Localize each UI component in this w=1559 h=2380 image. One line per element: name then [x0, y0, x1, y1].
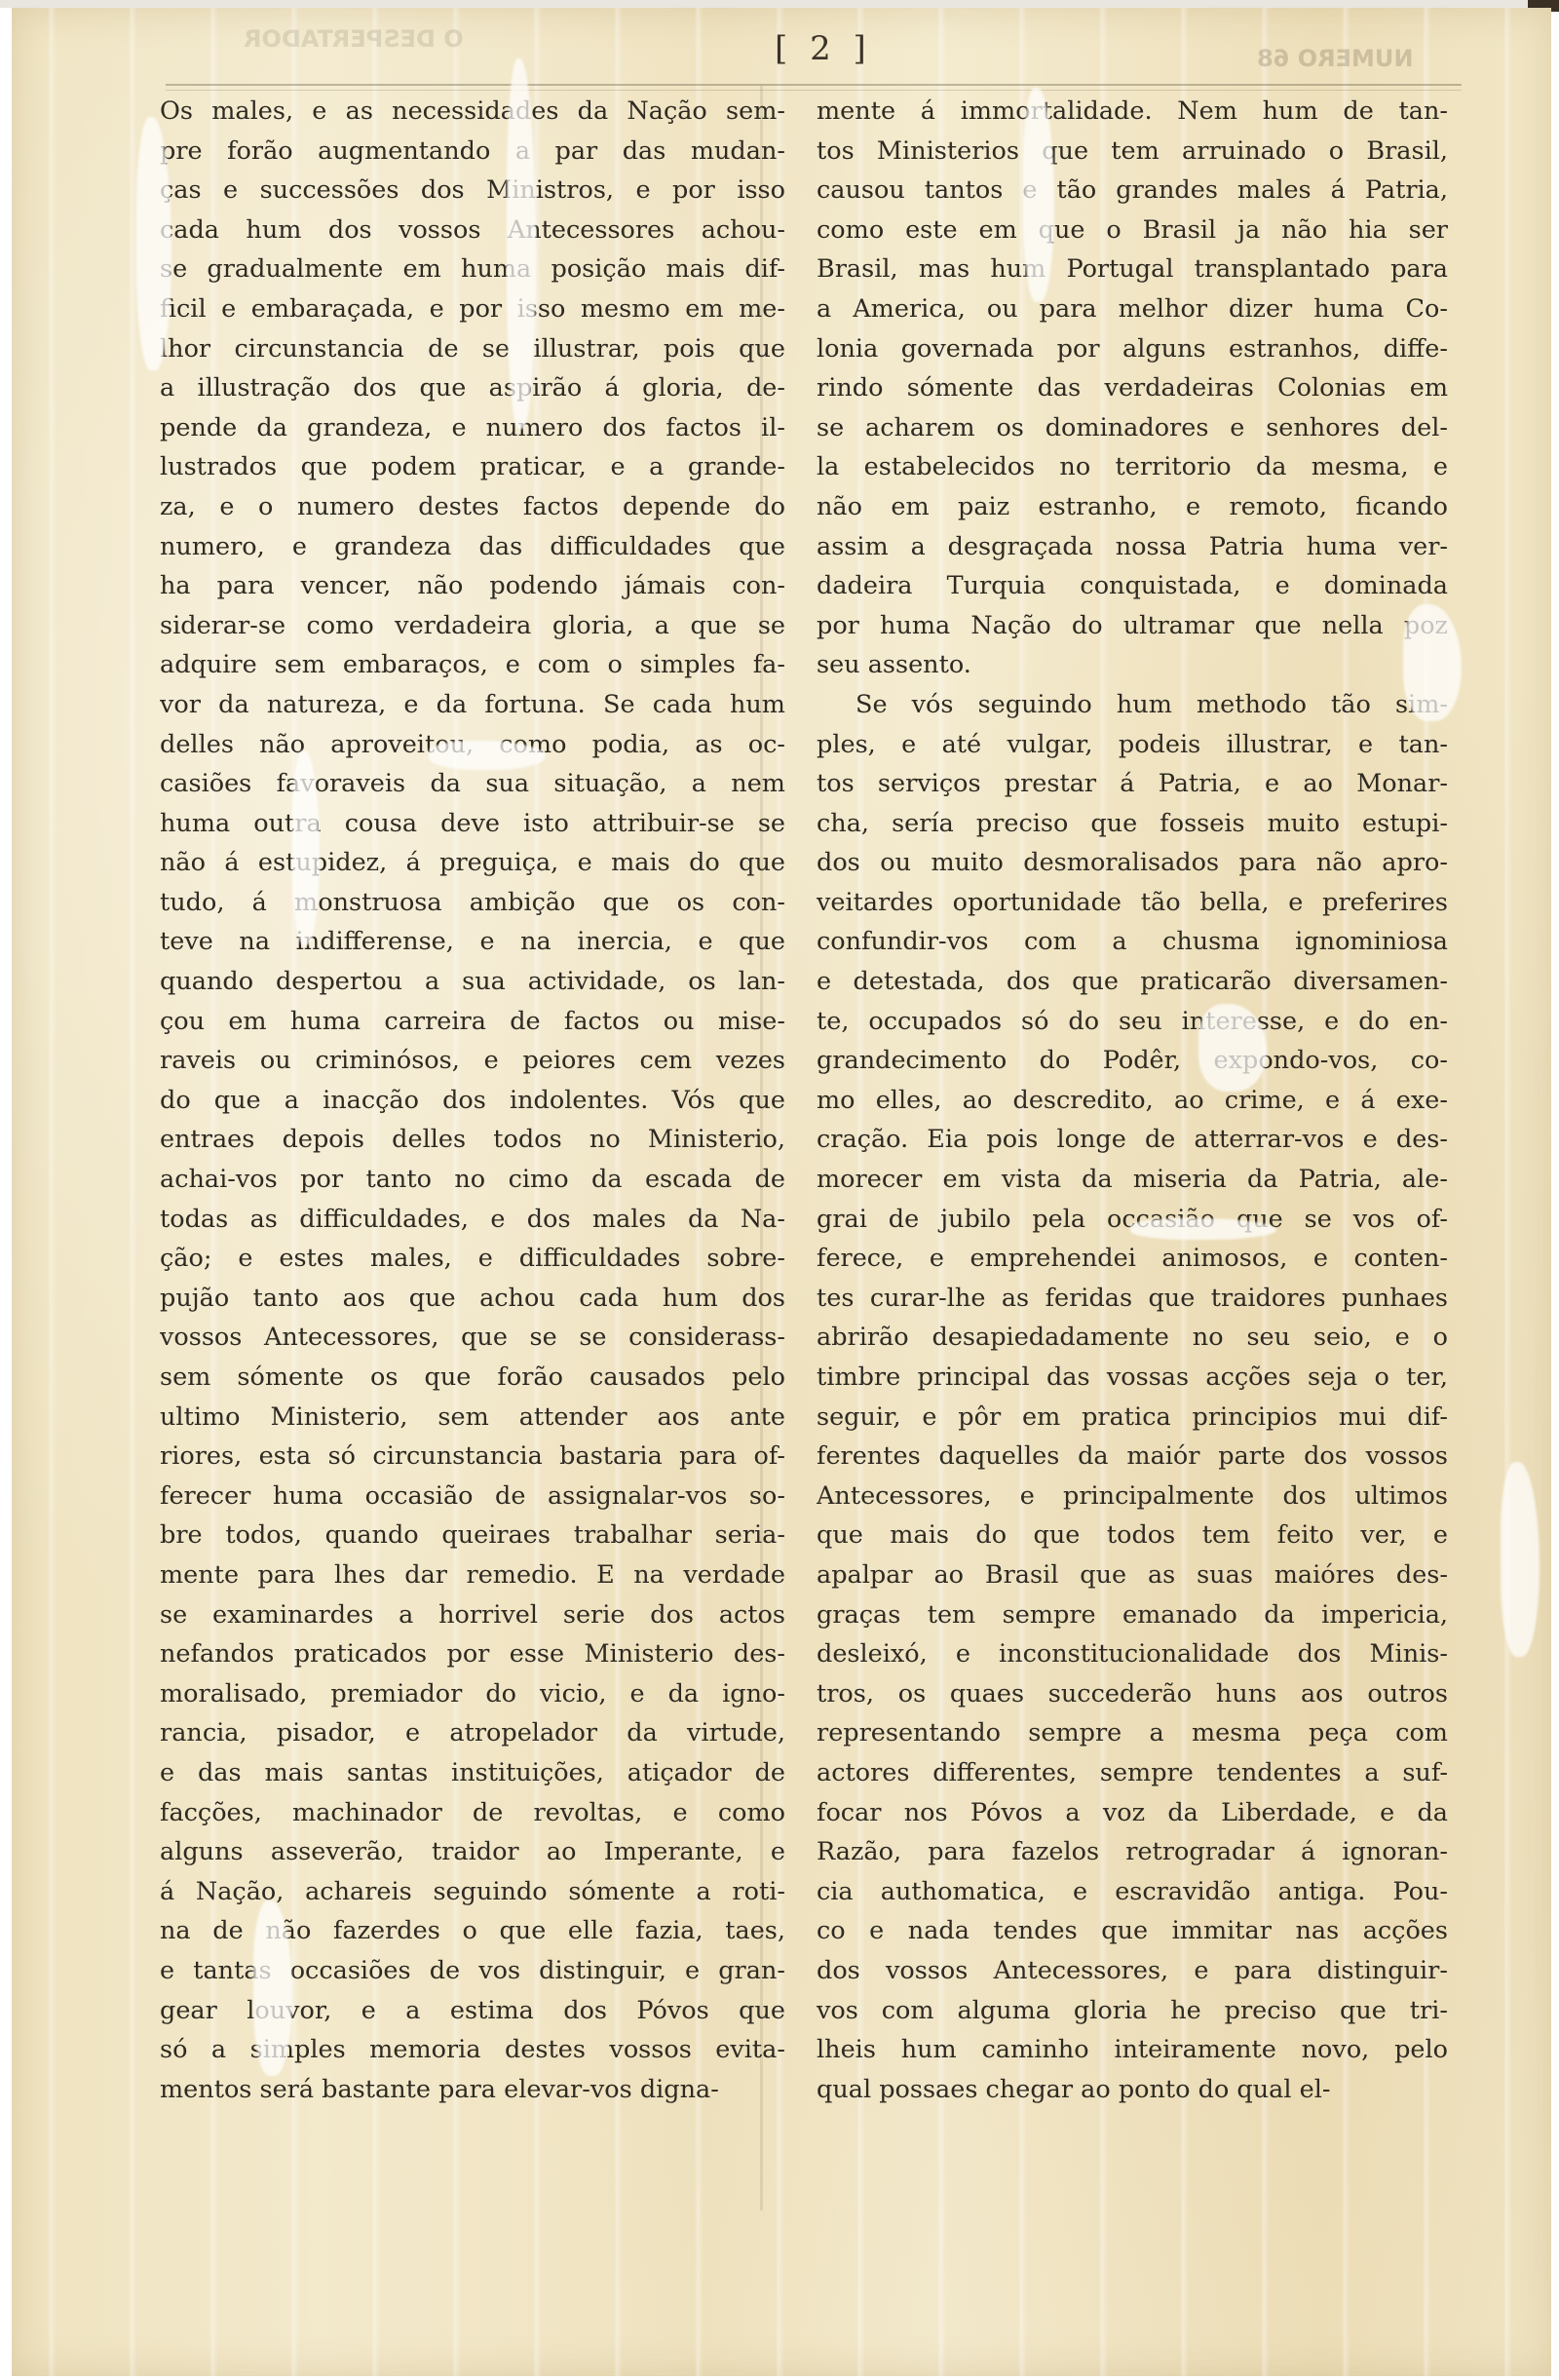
text-line: casiões favoraveis da sua situação, a ne…: [160, 764, 785, 804]
text-line: pende da grandeza, e numero dos factos i…: [160, 408, 785, 448]
text-line: tudo, á monstruosa ambição que os con-: [160, 883, 785, 923]
text-line: causou tantos e tão grandes males á Patr…: [817, 171, 1448, 211]
text-line: pre forão augmentando a par das mudan-: [160, 132, 785, 172]
header-rule: [166, 84, 1462, 86]
text-line: todas as difficuldades, e dos males da N…: [160, 1200, 785, 1240]
text-line: rindo sómente das verdadeiras Colonias e…: [817, 368, 1448, 408]
text-line: ferecer huma occasião de assignalar-vos …: [160, 1477, 785, 1516]
show-through-title: O DESPERTADOR: [244, 25, 464, 53]
text-line: Se vós seguindo hum methodo tão sim-: [817, 685, 1448, 725]
text-line: cração. Eia pois longe de atterrar-vos e…: [817, 1120, 1448, 1160]
text-line: ferentes daquelles da maiór parte dos vo…: [817, 1437, 1448, 1477]
text-line: desleixó, e inconstitucionalidade dos Mi…: [817, 1634, 1448, 1674]
header-rule-thin: [166, 90, 1462, 91]
text-line: pujão tanto aos que achou cada hum dos: [160, 1279, 785, 1319]
text-line: lhor circunstancia de se illustrar, pois…: [160, 329, 785, 369]
text-line: cada hum dos vossos Antecessores achou-: [160, 211, 785, 250]
text-line: actores differentes, sempre tendentes a …: [817, 1753, 1448, 1793]
text-line: ha para vencer, não podendo jámais con-: [160, 566, 785, 606]
text-line: lustrados que podem praticar, e a grande…: [160, 447, 785, 487]
text-line: á Nação, achareis seguindo sómente a rot…: [160, 1872, 785, 1912]
text-line: Razão, para fazelos retrogradar á ignora…: [817, 1832, 1448, 1872]
text-line: a illustração dos que aspirão á gloria, …: [160, 368, 785, 408]
text-line: teve na indifferense, e na inercia, e qu…: [160, 922, 785, 962]
text-line: e das mais santas instituições, atiçador…: [160, 1753, 785, 1793]
text-column-right: mente á immortalidade. Nem hum de tan-to…: [817, 92, 1448, 2109]
page-number: [ 2 ]: [775, 29, 872, 68]
text-line: graças tem sempre emanado da impericia,: [817, 1595, 1448, 1635]
text-line: veitardes oportunidade tão bella, e pref…: [817, 883, 1448, 923]
text-line: mente para lhes dar remedio. E na verdad…: [160, 1555, 785, 1595]
text-line: tes curar-lhe as feridas que traidores p…: [817, 1279, 1448, 1319]
text-line: huma outra cousa deve isto attribuir-se …: [160, 804, 785, 844]
scan-top-edge: [0, 0, 1559, 8]
text-line: apalpar ao Brasil que as suas maióres de…: [817, 1555, 1448, 1595]
text-line: dadeira Turquia conquistada, e dominada: [817, 566, 1448, 606]
text-line: se gradualmente em huma posição mais dif…: [160, 250, 785, 289]
text-line: se acharem os dominadores e senhores del…: [817, 408, 1448, 448]
text-line: cia authomatica, e escravidão antiga. Po…: [817, 1872, 1448, 1912]
text-line: siderar-se como verdadeira gloria, a que…: [160, 606, 785, 646]
text-line: vor da natureza, e da fortuna. Se cada h…: [160, 685, 785, 725]
text-line: lonia governada por alguns estranhos, di…: [817, 329, 1448, 369]
paper-damage: [429, 741, 546, 770]
text-line: tros, os quaes succederão huns aos outro…: [817, 1674, 1448, 1714]
text-line: vossos Antecessores, que se se considera…: [160, 1318, 785, 1358]
text-line: alguns asseverão, traidor ao Imperante, …: [160, 1832, 785, 1872]
text-line: confundir-vos com a chusma ignominiosa: [817, 922, 1448, 962]
text-line: mo elles, ao descredito, ao crime, e á e…: [817, 1081, 1448, 1121]
text-line: dos vossos Antecessores, e para distingu…: [817, 1951, 1448, 1991]
text-line: sem sómente os que forão causados pelo: [160, 1358, 785, 1398]
text-line: do que a inacção dos indolentes. Vós que: [160, 1081, 785, 1121]
text-column-left: Os males, e as necessidades da Nação sem…: [160, 92, 785, 2109]
text-line: timbre principal das vossas acções seja …: [817, 1358, 1448, 1398]
text-line: la estabelecidos no territorio da mesma,…: [817, 447, 1448, 487]
text-line: mentos será bastante para elevar-vos dig…: [160, 2070, 785, 2110]
text-line: bre todos, quando queiraes trabalhar ser…: [160, 1516, 785, 1555]
text-line: co e nada tendes que immitar nas acções: [817, 1911, 1448, 1951]
text-line: abrirão desapiedadamente no seu seio, e …: [817, 1318, 1448, 1358]
text-line: achai-vos por tanto no cimo da escada de: [160, 1160, 785, 1200]
text-line: só a simples memoria destes vossos evita…: [160, 2030, 785, 2070]
text-line: ples, e até vulgar, podeis illustrar, e …: [817, 725, 1448, 765]
text-line: lheis hum caminho inteiramente novo, pel…: [817, 2030, 1448, 2070]
text-line: Os males, e as necessidades da Nação sem…: [160, 92, 785, 132]
text-line: moralisado, premiador do vicio, e da ign…: [160, 1674, 785, 1714]
text-line: tos Ministerios que tem arruinado o Bras…: [817, 132, 1448, 172]
text-line: ças e successões dos Ministros, e por is…: [160, 171, 785, 211]
text-line: por huma Nação do ultramar que nella poz: [817, 606, 1448, 646]
text-line: ferece, e emprehendei animosos, e conten…: [817, 1239, 1448, 1279]
text-line: numero, e grandeza das difficuldades que: [160, 527, 785, 567]
text-line: morecer em vista da miseria da Patria, a…: [817, 1160, 1448, 1200]
text-line: çou em huma carreira de factos ou mise-: [160, 1002, 785, 1042]
text-line: como este em que o Brasil ja não hia ser: [817, 211, 1448, 250]
text-line: não em paiz estranho, e remoto, ficando: [817, 487, 1448, 527]
text-line: não á estupidez, á preguiça, e mais do q…: [160, 843, 785, 883]
text-line: Antecessores, e principalmente dos ultim…: [817, 1477, 1448, 1516]
text-line: te, occupados só do seu interesse, e do …: [817, 1002, 1448, 1042]
text-line: ultimo Ministerio, sem attender aos ante: [160, 1398, 785, 1438]
text-line: e detestada, dos que praticarão diversam…: [817, 962, 1448, 1002]
text-line: vos com alguma gloria he preciso que tri…: [817, 1991, 1448, 2031]
text-line: tos serviços prestar á Patria, e ao Mona…: [817, 764, 1448, 804]
text-line: grandecimento do Podêr, expondo-vos, co-: [817, 1041, 1448, 1081]
text-line: mente á immortalidade. Nem hum de tan-: [817, 92, 1448, 132]
text-line: se examinardes a horrivel serie dos acto…: [160, 1595, 785, 1635]
text-line: representando sempre a mesma peça com: [817, 1713, 1448, 1753]
text-line: entraes depois delles todos no Ministeri…: [160, 1120, 785, 1160]
text-line: raveis ou criminósos, e peiores cem veze…: [160, 1041, 785, 1081]
text-line: Brasil, mas hum Portugal transplantado p…: [817, 250, 1448, 289]
text-line: assim a desgraçada nossa Patria huma ver…: [817, 527, 1448, 567]
text-line: riores, esta só circunstancia bastaria p…: [160, 1437, 785, 1477]
text-line: adquire sem embaraços, e com o simples f…: [160, 645, 785, 685]
text-line: ficil e embaraçada, e por isso mesmo em …: [160, 289, 785, 329]
text-line: za, e o numero destes factos depende do: [160, 487, 785, 527]
text-line: qual possaes chegar ao ponto do qual el-: [817, 2070, 1448, 2110]
text-line: seguir, e pôr em pratica principios mui …: [817, 1398, 1448, 1438]
text-line: ção; e estes males, e difficuldades sobr…: [160, 1239, 785, 1279]
text-line: nefandos praticados por esse Ministerio …: [160, 1634, 785, 1674]
text-line: dos ou muito desmoralisados para não apr…: [817, 843, 1448, 883]
paper-damage: [1130, 1218, 1276, 1240]
text-line: cha, sería preciso que fosseis muito est…: [817, 804, 1448, 844]
text-line: facções, machinador de revoltas, e como: [160, 1793, 785, 1833]
text-line: focar nos Póvos a voz da Liberdade, e da: [817, 1793, 1448, 1833]
text-line: que mais do que todos tem feito ver, e: [817, 1516, 1448, 1555]
text-line: rancia, pisador, e atropelador da virtud…: [160, 1713, 785, 1753]
text-line: quando despertou a sua actividade, os la…: [160, 962, 785, 1002]
text-line: a America, ou para melhor dizer huma Co-: [817, 289, 1448, 329]
text-line: seu assento.: [817, 645, 1448, 685]
show-through-issue-number: NUMERO 68: [1257, 45, 1414, 72]
